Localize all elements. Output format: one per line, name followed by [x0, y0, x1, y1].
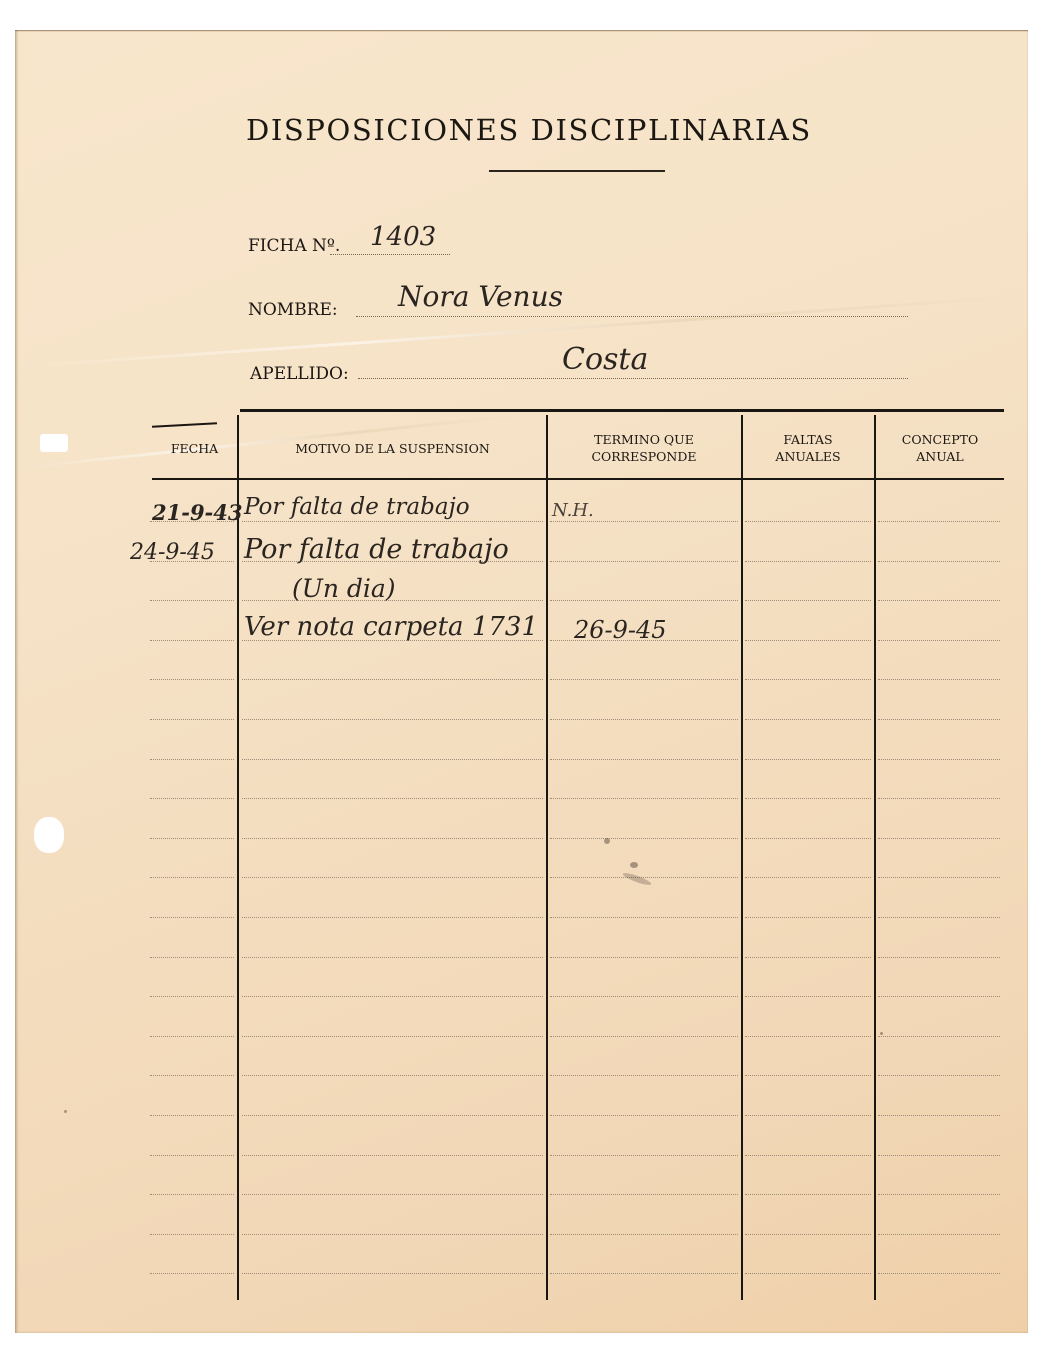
ruled-line	[745, 679, 871, 680]
row-2-motivo: Por falta de trabajo	[244, 534, 509, 565]
column-header-motivo: MOTIVO DE LA SUSPENSION	[239, 420, 546, 476]
row-1-termino: N.H.	[552, 500, 594, 521]
column-divider	[237, 415, 239, 1300]
ruled-line	[242, 759, 543, 760]
column-divider	[546, 415, 548, 1300]
ruled-line	[745, 719, 871, 720]
nombre-value: Nora Venus	[398, 280, 563, 313]
ruled-line	[745, 877, 871, 878]
ruled-line	[878, 561, 1000, 562]
ruled-line	[878, 1155, 1000, 1156]
ruled-line	[550, 1075, 738, 1076]
ruled-line	[150, 838, 234, 839]
ficha-dots	[330, 254, 450, 255]
ruled-line	[745, 1075, 871, 1076]
ruled-line	[550, 917, 738, 918]
ruled-line	[745, 1273, 871, 1274]
ruled-line	[150, 759, 234, 760]
ruled-line	[550, 1273, 738, 1274]
ruled-line	[150, 1115, 234, 1116]
table-header-rule	[152, 478, 1004, 480]
ruled-line	[878, 1273, 1000, 1274]
ficha-label: FICHA Nº.	[248, 236, 340, 256]
row-1-motivo: Por falta de trabajo	[244, 494, 470, 520]
ficha-value: 1403	[370, 222, 436, 252]
ruled-line	[550, 561, 738, 562]
nombre-dots	[356, 316, 908, 317]
ruled-line	[550, 759, 738, 760]
column-header-faltas: FALTAS ANUALES	[752, 420, 864, 476]
ruled-line	[550, 996, 738, 997]
ruled-line	[878, 996, 1000, 997]
column-header-concepto: CONCEPTO ANUAL	[884, 420, 996, 476]
ruled-line	[150, 1194, 234, 1195]
column-divider	[741, 415, 743, 1300]
ruled-line	[150, 877, 234, 878]
apellido-label: APELLIDO:	[250, 364, 349, 384]
ruled-line	[878, 1075, 1000, 1076]
row-3-motivo: (Un dia)	[292, 574, 396, 603]
ruled-line	[150, 1155, 234, 1156]
ruled-line	[150, 600, 234, 601]
ruled-line	[242, 521, 543, 522]
ruled-line	[150, 1234, 234, 1235]
ruled-line	[150, 679, 234, 680]
ruled-line	[878, 600, 1000, 601]
ruled-line	[745, 759, 871, 760]
ruled-line	[150, 917, 234, 918]
ruled-line	[550, 600, 738, 601]
ruled-line	[745, 957, 871, 958]
ruled-line	[150, 1036, 234, 1037]
page-title: DISPOSICIONES DISCIPLINARIAS	[246, 113, 910, 147]
ruled-line	[242, 1075, 543, 1076]
ruled-line	[550, 838, 738, 839]
ruled-line	[242, 679, 543, 680]
ruled-line	[878, 1194, 1000, 1195]
apellido-value: Costa	[562, 342, 648, 377]
ruled-line	[550, 798, 738, 799]
ruled-line	[878, 877, 1000, 878]
ruled-line	[150, 640, 234, 641]
punch-hole	[40, 434, 68, 452]
ruled-line	[745, 996, 871, 997]
ruled-line	[150, 957, 234, 958]
ruled-line	[550, 1194, 738, 1195]
ruled-line	[150, 996, 234, 997]
ruled-line	[878, 917, 1000, 918]
ruled-line	[745, 561, 871, 562]
ruled-line	[242, 957, 543, 958]
punch-hole	[34, 817, 64, 853]
ruled-line	[878, 719, 1000, 720]
ruled-line	[242, 1194, 543, 1195]
ruled-line	[150, 798, 234, 799]
ruled-line	[242, 1155, 543, 1156]
ruled-line	[242, 1273, 543, 1274]
ruled-line	[878, 1234, 1000, 1235]
ruled-line	[745, 1234, 871, 1235]
ruled-line	[745, 1115, 871, 1116]
ruled-line	[242, 1115, 543, 1116]
apellido-dots	[358, 378, 908, 379]
ruled-line	[745, 917, 871, 918]
ruled-line	[878, 759, 1000, 760]
title-underline	[489, 170, 665, 172]
ruled-line	[550, 719, 738, 720]
ruled-line	[745, 521, 871, 522]
ruled-line	[242, 877, 543, 878]
ink-smudge	[604, 838, 610, 844]
ink-dot	[64, 1110, 67, 1113]
ruled-line	[550, 521, 738, 522]
ruled-line	[242, 798, 543, 799]
row-1-fecha: 21-9-43	[152, 500, 243, 525]
table-top-rule	[240, 409, 1004, 412]
ruled-line	[745, 1036, 871, 1037]
ruled-line	[878, 838, 1000, 839]
ruled-line	[745, 1155, 871, 1156]
ruled-line	[878, 1036, 1000, 1037]
ruled-line	[550, 1155, 738, 1156]
ruled-line	[745, 798, 871, 799]
ruled-line	[878, 521, 1000, 522]
column-header-termino: TERMINO QUE CORRESPONDE	[568, 420, 720, 476]
ruled-line	[878, 640, 1000, 641]
column-divider	[874, 415, 876, 1300]
ruled-line	[242, 917, 543, 918]
ruled-line	[242, 719, 543, 720]
ruled-line	[878, 957, 1000, 958]
ruled-line	[242, 996, 543, 997]
ruled-line	[242, 1234, 543, 1235]
ink-dot	[880, 1032, 883, 1035]
ruled-line	[745, 838, 871, 839]
ruled-line	[878, 798, 1000, 799]
ruled-line	[878, 1115, 1000, 1116]
nombre-label: NOMBRE:	[248, 300, 338, 320]
ink-smudge	[630, 862, 638, 868]
ruled-line	[878, 679, 1000, 680]
ruled-line	[745, 640, 871, 641]
column-header-fecha: FECHA	[152, 420, 237, 476]
ruled-line	[150, 1273, 234, 1274]
ruled-line	[745, 1194, 871, 1195]
ruled-line	[745, 600, 871, 601]
ruled-line	[550, 1234, 738, 1235]
ruled-line	[150, 719, 234, 720]
ruled-line	[550, 1115, 738, 1116]
ruled-line	[550, 957, 738, 958]
ruled-line	[150, 1075, 234, 1076]
ruled-line	[550, 679, 738, 680]
row-2-fecha: 24-9-45	[130, 540, 215, 565]
row-4-termino: 26-9-45	[574, 616, 667, 644]
ruled-line	[550, 1036, 738, 1037]
row-4-motivo: Ver nota carpeta 1731	[244, 612, 538, 642]
ruled-line	[242, 1036, 543, 1037]
ruled-line	[242, 838, 543, 839]
document-paper	[15, 30, 1028, 1333]
